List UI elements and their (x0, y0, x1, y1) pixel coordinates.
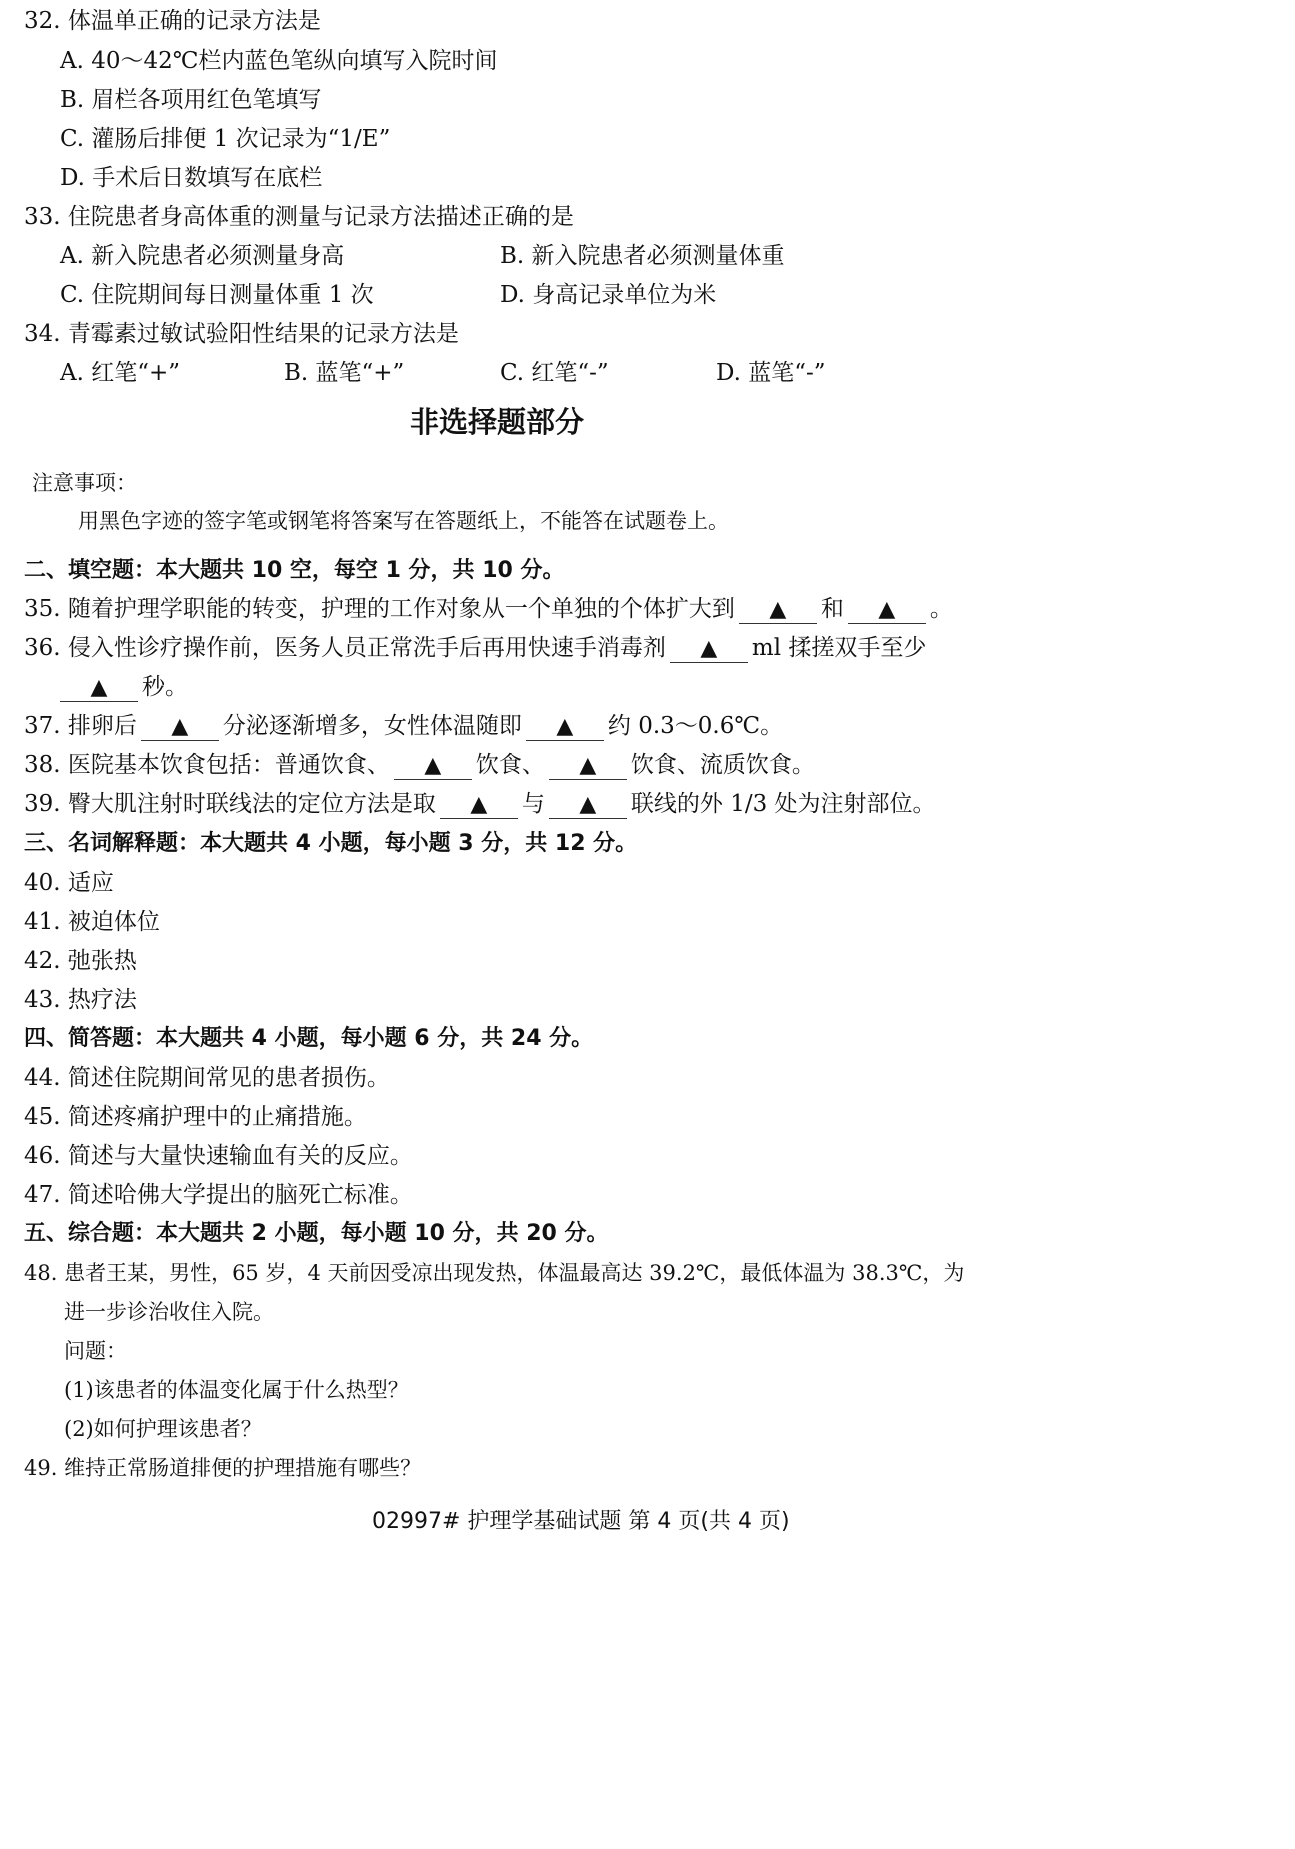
case-48-line1: 48. 患者王某，男性，65 岁，4 天前因受凉出现发热，体温最高达 39.2℃… (24, 1258, 964, 1288)
triangle-icon: ▲ (878, 597, 895, 622)
triangle-icon: ▲ (424, 753, 441, 778)
question-36-cont: ▲秒。 (60, 672, 188, 702)
triangle-icon: ▲ (700, 636, 717, 661)
answer-blank[interactable]: ▲ (670, 635, 748, 663)
short-answer-45: 45. 简述疼痛护理中的止痛措施。 (24, 1102, 367, 1132)
option-32b: B. 眉栏各项用红色笔填写 (60, 85, 322, 115)
question-39: 39. 臀大肌注射时联线法的定位方法是取▲与▲联线的外 1/3 处为注射部位。 (24, 789, 936, 819)
option-34b: B. 蓝笔“+” (284, 358, 404, 388)
page-footer: 02997# 护理学基础试题 第 4 页(共 4 页) (372, 1507, 790, 1537)
question-37: 37. 排卵后▲分泌逐渐增多，女性体温随即▲约 0.3～0.6℃。 (24, 711, 783, 741)
case-48-sub2: (2)如何护理该患者？ (64, 1414, 262, 1444)
answer-blank[interactable]: ▲ (60, 674, 138, 702)
question-38: 38. 医院基本饮食包括：普通饮食、▲饮食、▲饮食、流质饮食。 (24, 750, 815, 780)
question-49: 49. 维持正常肠道排便的护理措施有哪些？ (24, 1453, 421, 1483)
question-stem: 青霉素过敏试验阳性结果的记录方法是 (68, 321, 459, 347)
case-48-prompt: 问题： (64, 1336, 127, 1366)
term-40: 40. 适应 (24, 868, 114, 898)
question-34: 34. 青霉素过敏试验阳性结果的记录方法是 (24, 319, 459, 349)
option-32c: C. 灌肠后排便 1 次记录为“1/E” (60, 124, 390, 154)
case-48-sub1: (1)该患者的体温变化属于什么热型？ (64, 1375, 409, 1405)
question-stem: 住院患者身高体重的测量与记录方法描述正确的是 (68, 204, 574, 230)
option-34c: C. 红笔“-” (500, 358, 609, 388)
triangle-icon: ▲ (91, 675, 108, 700)
answer-blank[interactable]: ▲ (394, 752, 472, 780)
question-number: 32. (24, 8, 61, 34)
notice-label: 注意事项： (32, 468, 137, 498)
answer-blank[interactable]: ▲ (549, 752, 627, 780)
question-number: 34. (24, 321, 61, 347)
option-34a: A. 红笔“+” (60, 358, 180, 388)
short-answer-47: 47. 简述哈佛大学提出的脑死亡标准。 (24, 1180, 413, 1210)
answer-blank[interactable]: ▲ (848, 596, 926, 624)
triangle-icon: ▲ (556, 714, 573, 739)
section-5-heading: 五、综合题：本大题共 2 小题，每小题 10 分，共 20 分。 (24, 1219, 609, 1249)
answer-blank[interactable]: ▲ (739, 596, 817, 624)
term-41: 41. 被迫体位 (24, 907, 160, 937)
triangle-icon: ▲ (769, 597, 786, 622)
section-4-heading: 四、简答题：本大题共 4 小题，每小题 6 分，共 24 分。 (24, 1024, 593, 1054)
answer-blank[interactable]: ▲ (440, 791, 518, 819)
option-33d: D. 身高记录单位为米 (500, 280, 716, 310)
question-35: 35. 随着护理学职能的转变，护理的工作对象从一个单独的个体扩大到▲和▲。 (24, 594, 953, 624)
term-43: 43. 热疗法 (24, 985, 137, 1015)
triangle-icon: ▲ (579, 753, 596, 778)
option-32d: D. 手术后日数填写在底栏 (60, 163, 322, 193)
short-answer-46: 46. 简述与大量快速输血有关的反应。 (24, 1141, 413, 1171)
option-34d: D. 蓝笔“-” (716, 358, 826, 388)
option-33c: C. 住院期间每日测量体重 1 次 (60, 280, 374, 310)
triangle-icon: ▲ (470, 792, 487, 817)
option-33a: A. 新入院患者必须测量身高 (60, 241, 344, 271)
notice-text: 用黑色字迹的签字笔或钢笔将答案写在答题纸上，不能答在试题卷上。 (78, 506, 729, 536)
question-33: 33. 住院患者身高体重的测量与记录方法描述正确的是 (24, 202, 574, 232)
option-33b: B. 新入院患者必须测量体重 (500, 241, 785, 271)
term-42: 42. 弛张热 (24, 946, 137, 976)
question-number: 33. (24, 204, 61, 230)
section-2-heading: 二、填空题：本大题共 10 空，每空 1 分，共 10 分。 (24, 556, 565, 586)
case-48-line2: 进一步诊治收住入院。 (64, 1297, 274, 1327)
section-3-heading: 三、名词解释题：本大题共 4 小题，每小题 3 分，共 12 分。 (24, 829, 637, 859)
section-title: 非选择题部分 (410, 404, 584, 440)
question-36: 36. 侵入性诊疗操作前，医务人员正常洗手后再用快速手消毒剂▲ml 揉搓双手至少 (24, 633, 926, 663)
option-32a: A. 40～42℃栏内蓝色笔纵向填写入院时间 (60, 46, 498, 76)
answer-blank[interactable]: ▲ (526, 713, 604, 741)
question-stem: 体温单正确的记录方法是 (68, 8, 321, 34)
triangle-icon: ▲ (171, 714, 188, 739)
triangle-icon: ▲ (579, 792, 596, 817)
answer-blank[interactable]: ▲ (141, 713, 219, 741)
question-32: 32. 体温单正确的记录方法是 (24, 6, 321, 36)
answer-blank[interactable]: ▲ (549, 791, 627, 819)
short-answer-44: 44. 简述住院期间常见的患者损伤。 (24, 1063, 390, 1093)
